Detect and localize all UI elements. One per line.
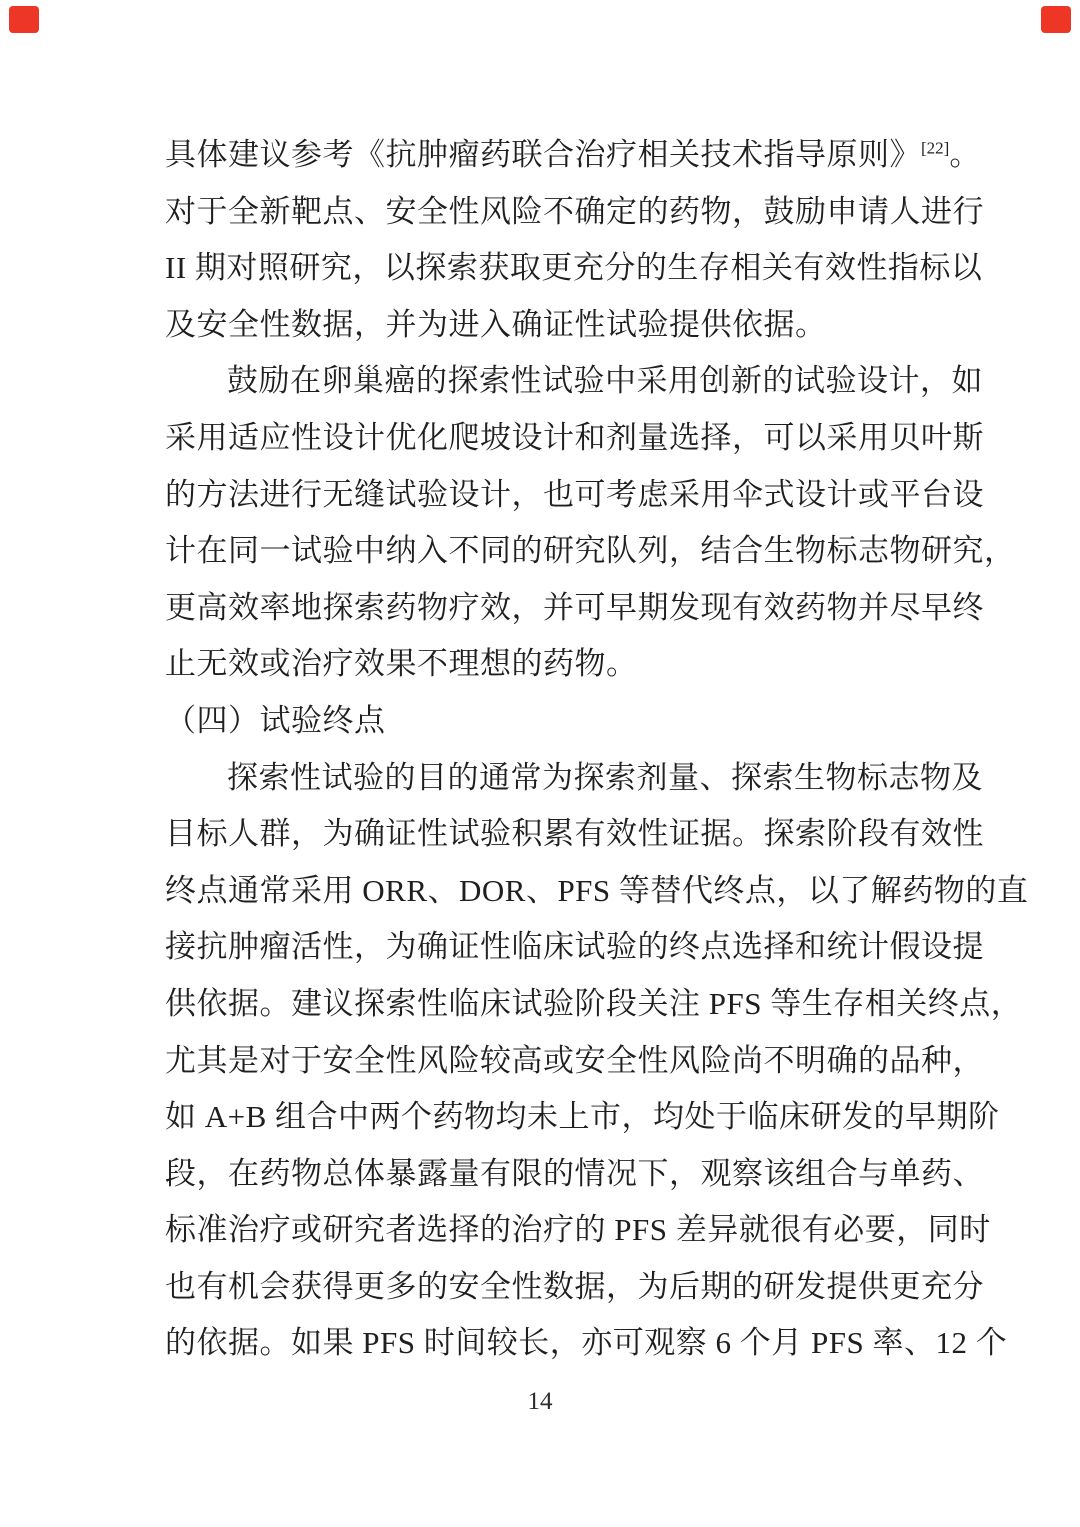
text-line: II 期对照研究，以探索获取更充分的生存相关有效性指标以 [165, 240, 922, 297]
text-line: 供依据。建议探索性临床试验阶段关注 PFS 等生存相关终点， [165, 976, 922, 1033]
text-line: 的依据。如果 PFS 时间较长，亦可观察 6 个月 PFS 率、12 个 [165, 1315, 922, 1372]
red-corner-mark-right [1041, 6, 1071, 33]
red-corner-mark-left [9, 6, 39, 33]
page-number: 14 [0, 1388, 1080, 1416]
text-line: 鼓励在卵巢癌的探索性试验中采用创新的试验设计，如 [165, 353, 922, 410]
text-line: 尤其是对于安全性风险较高或安全性风险尚不明确的品种， [165, 1033, 922, 1090]
citation-superscript: [22] [921, 139, 949, 158]
text-line: 也有机会获得更多的安全性数据，为后期的研发提供更充分 [165, 1259, 922, 1316]
text-line: 标准治疗或研究者选择的治疗的 PFS 差异就很有必要，同时 [165, 1202, 922, 1259]
section-heading: （四）试验终点 [165, 693, 922, 750]
text-line: 接抗肿瘤活性，为确证性临床试验的终点选择和统计假设提 [165, 919, 922, 976]
line1-period: 。 [949, 137, 981, 172]
text-line: 及安全性数据，并为进入确证性试验提供依据。 [165, 297, 922, 354]
text-line: 段，在药物总体暴露量有限的情况下，观察该组合与单药、 [165, 1146, 922, 1203]
text-line: 终点通常采用 ORR、DOR、PFS 等替代终点，以了解药物的直 [165, 863, 922, 920]
line1-text: 具体建议参考《抗肿瘤药联合治疗相关技术指导原则》 [165, 137, 921, 172]
text-line: 具体建议参考《抗肿瘤药联合治疗相关技术指导原则》[22]。 [165, 127, 922, 184]
text-line: 采用适应性设计优化爬坡设计和剂量选择，可以采用贝叶斯 [165, 410, 922, 467]
text-line: 计在同一试验中纳入不同的研究队列，结合生物标志物研究， [165, 523, 922, 580]
text-line: 更高效率地探索药物疗效，并可早期发现有效药物并尽早终 [165, 580, 922, 637]
text-line: 的方法进行无缝试验设计，也可考虑采用伞式设计或平台设 [165, 467, 922, 524]
text-line: 如 A+B 组合中两个药物均未上市，均处于临床研发的早期阶 [165, 1089, 922, 1146]
text-line: 止无效或治疗效果不理想的药物。 [165, 636, 922, 693]
text-line: 目标人群，为确证性试验积累有效性证据。探索阶段有效性 [165, 806, 922, 863]
text-line: 对于全新靶点、安全性风险不确定的药物，鼓励申请人进行 [165, 184, 922, 241]
document-page: 具体建议参考《抗肿瘤药联合治疗相关技术指导原则》[22]。 对于全新靶点、安全性… [0, 0, 1080, 1527]
document-text-block: 具体建议参考《抗肿瘤药联合治疗相关技术指导原则》[22]。 对于全新靶点、安全性… [165, 127, 922, 1372]
text-line: 探索性试验的目的通常为探索剂量、探索生物标志物及 [165, 750, 922, 807]
